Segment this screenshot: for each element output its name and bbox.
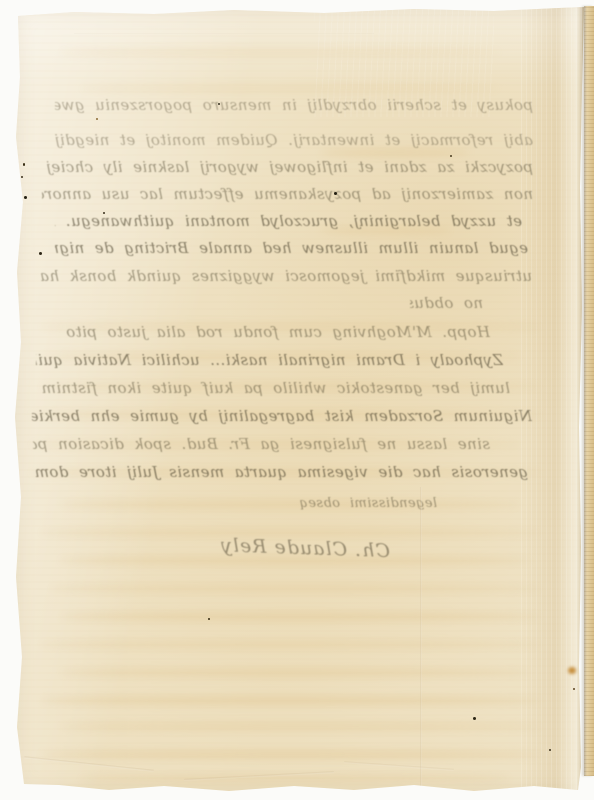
stain-band bbox=[60, 500, 520, 509]
right-fold-shading bbox=[521, 7, 585, 793]
ink-speck bbox=[573, 688, 575, 690]
ink-line: pozyczki za zdani et infligowej wygorij … bbox=[47, 156, 533, 178]
scanned-letter-verso: pokusy et scherii obrzydlij in mensuro p… bbox=[0, 0, 594, 800]
ink-line: et uzzyd belargininj, gruczolyd montani … bbox=[55, 210, 522, 232]
letter-sheet: pokusy et scherii obrzydlij in mensuro p… bbox=[14, 7, 585, 793]
ink-line: sine lassu ne fulsignesi ga Fr. Bud. spo… bbox=[33, 433, 490, 455]
stain-band bbox=[60, 722, 540, 731]
stain-band bbox=[60, 48, 500, 57]
stain-band bbox=[40, 750, 540, 759]
ink-speck bbox=[473, 717, 476, 720]
ink-speck bbox=[208, 618, 210, 620]
ink-line: non zamierzonij ad pozyskanemu effectum … bbox=[42, 183, 533, 205]
foxing-stain bbox=[568, 667, 576, 674]
ink-line: generosis hac die vigesima quarta mensis… bbox=[35, 461, 528, 483]
stain-band bbox=[50, 584, 540, 593]
ink-line: lumij ber ganestokic whililo pa kuif qui… bbox=[36, 377, 510, 399]
ink-line: legendissimi obsequissimi quidem bbox=[300, 493, 437, 515]
ink-speck bbox=[334, 192, 337, 195]
stain-band bbox=[60, 668, 530, 677]
ink-speck bbox=[21, 176, 23, 178]
ink-line: Hopp. M'Moghving cum fondu rod alia just… bbox=[63, 321, 490, 343]
ink-line: Zyphoaly i Drami nigrinali naski... uchi… bbox=[36, 349, 503, 371]
ink-speck bbox=[39, 252, 42, 255]
ink-line: abij reformacij et inwentarij. Quidem mo… bbox=[55, 129, 533, 151]
signature-bleed: Ch. Claude Rely bbox=[209, 528, 390, 568]
adjacent-page-edge bbox=[584, 6, 594, 776]
stain-band bbox=[60, 612, 540, 621]
ink-line: utriusque mikdfimi jegomosci wyggiznes q… bbox=[40, 265, 532, 287]
ink-speck bbox=[450, 155, 452, 157]
ink-line: no obdusio bbox=[410, 292, 483, 314]
ink-speck bbox=[549, 749, 551, 751]
ink-line: pokusy et scherii obrzydlij in mensuro p… bbox=[55, 94, 533, 116]
stain-band bbox=[80, 774, 510, 783]
ink-speck bbox=[23, 163, 25, 166]
ink-speck bbox=[103, 212, 105, 214]
ink-line: Niguinum Sorzadem kist bagregalinij by g… bbox=[32, 405, 532, 427]
stain-band bbox=[40, 640, 540, 649]
stain-band bbox=[80, 84, 500, 93]
stain-band bbox=[40, 696, 540, 705]
ink-line: egud lanuin illum illusnew hed annale Br… bbox=[55, 237, 528, 259]
ink-speck bbox=[24, 196, 27, 199]
ink-speck bbox=[218, 103, 220, 105]
foxing-dot bbox=[96, 118, 98, 120]
fold-crease-vertical bbox=[420, 487, 422, 792]
top-edge-crease bbox=[74, 33, 374, 34]
